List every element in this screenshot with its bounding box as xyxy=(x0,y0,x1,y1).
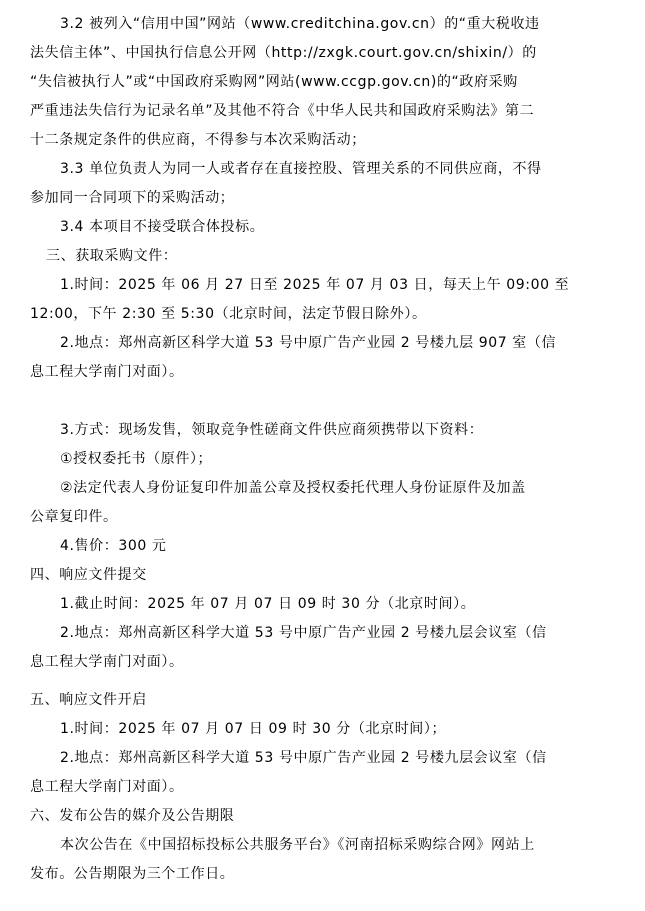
clause-3-2-line-3: “失信被执行人”或“中国政府采购网”网站(www.ccgp.gov.cn)的“政… xyxy=(30,72,518,92)
acquire-method: 3.方式：现场发售，领取竞争性磋商文件供应商须携带以下资料： xyxy=(60,420,483,440)
clause-3-2-line-5: 十二条规定条件的供应商，不得参与本次采购活动； xyxy=(30,130,366,150)
acquire-time-line-1: 1.时间：2025 年 06 月 27 日至 2025 年 07 月 03 日，… xyxy=(60,275,569,295)
acquire-location-line-2: 息工程大学南门对面）。 xyxy=(30,362,184,382)
clause-3-3-line-1: 3.3 单位负责人为同一人或者存在直接控股、管理关系的不同供应商，不得 xyxy=(60,159,542,179)
clause-3-2-line-1: 3.2 被列入“信用中国”网站（www.creditchina.gov.cn）的… xyxy=(60,14,540,34)
publication-media-line-2: 发布。公告期限为三个工作日。 xyxy=(30,864,234,884)
clause-3-2-line-4: 严重违法失信行为记录名单”及其他不符合《中华人民共和国政府采购法》第二 xyxy=(30,101,534,121)
publication-media-line-1: 本次公告在《中国招标投标公共服务平台》《河南招标采购综合网》网站上 xyxy=(60,835,535,855)
price: 4.售价：300 元 xyxy=(60,536,167,556)
submission-location-line-2: 息工程大学南门对面）。 xyxy=(30,652,184,672)
opening-time: 1.时间：2025 年 07 月 07 日 09 时 30 分（北京时间）； xyxy=(60,719,446,739)
material-item-2-line-2: 公章复印件。 xyxy=(30,507,118,527)
opening-location-line-2: 息工程大学南门对面）。 xyxy=(30,777,184,797)
clause-3-4: 3.4 本项目不接受联合体投标。 xyxy=(60,217,264,237)
material-item-2-line-1: ②法定代表人身份证复印件加盖公章及授权委托代理人身份证原件及加盖 xyxy=(60,478,526,498)
clause-3-2-line-2: 法失信主体”、中国执行信息公开网（http://zxgk.court.gov.c… xyxy=(30,43,537,63)
acquire-location-line-1: 2.地点：郑州高新区科学大道 53 号中原广告产业园 2 号楼九层 907 室（… xyxy=(60,333,556,353)
section-4-heading: 四、响应文件提交 xyxy=(30,565,147,585)
section-3-heading: 三、获取采购文件： xyxy=(46,246,177,266)
section-5-heading: 五、响应文件开启 xyxy=(30,690,147,710)
material-item-1: ①授权委托书（原件）； xyxy=(60,449,212,469)
submission-location-line-1: 2.地点：郑州高新区科学大道 53 号中原广告产业园 2 号楼九层会议室（信 xyxy=(60,623,547,643)
clause-3-3-line-2: 参加同一合同项下的采购活动； xyxy=(30,188,234,208)
submission-deadline: 1.截止时间：2025 年 07 月 07 日 09 时 30 分（北京时间）。 xyxy=(60,594,475,614)
acquire-time-line-2: 12:00，下午 2:30 至 5:30（北京时间，法定节假日除外）。 xyxy=(30,304,427,324)
section-6-heading: 六、发布公告的媒介及公告期限 xyxy=(30,806,234,826)
opening-location-line-1: 2.地点：郑州高新区科学大道 53 号中原广告产业园 2 号楼九层会议室（信 xyxy=(60,748,547,768)
